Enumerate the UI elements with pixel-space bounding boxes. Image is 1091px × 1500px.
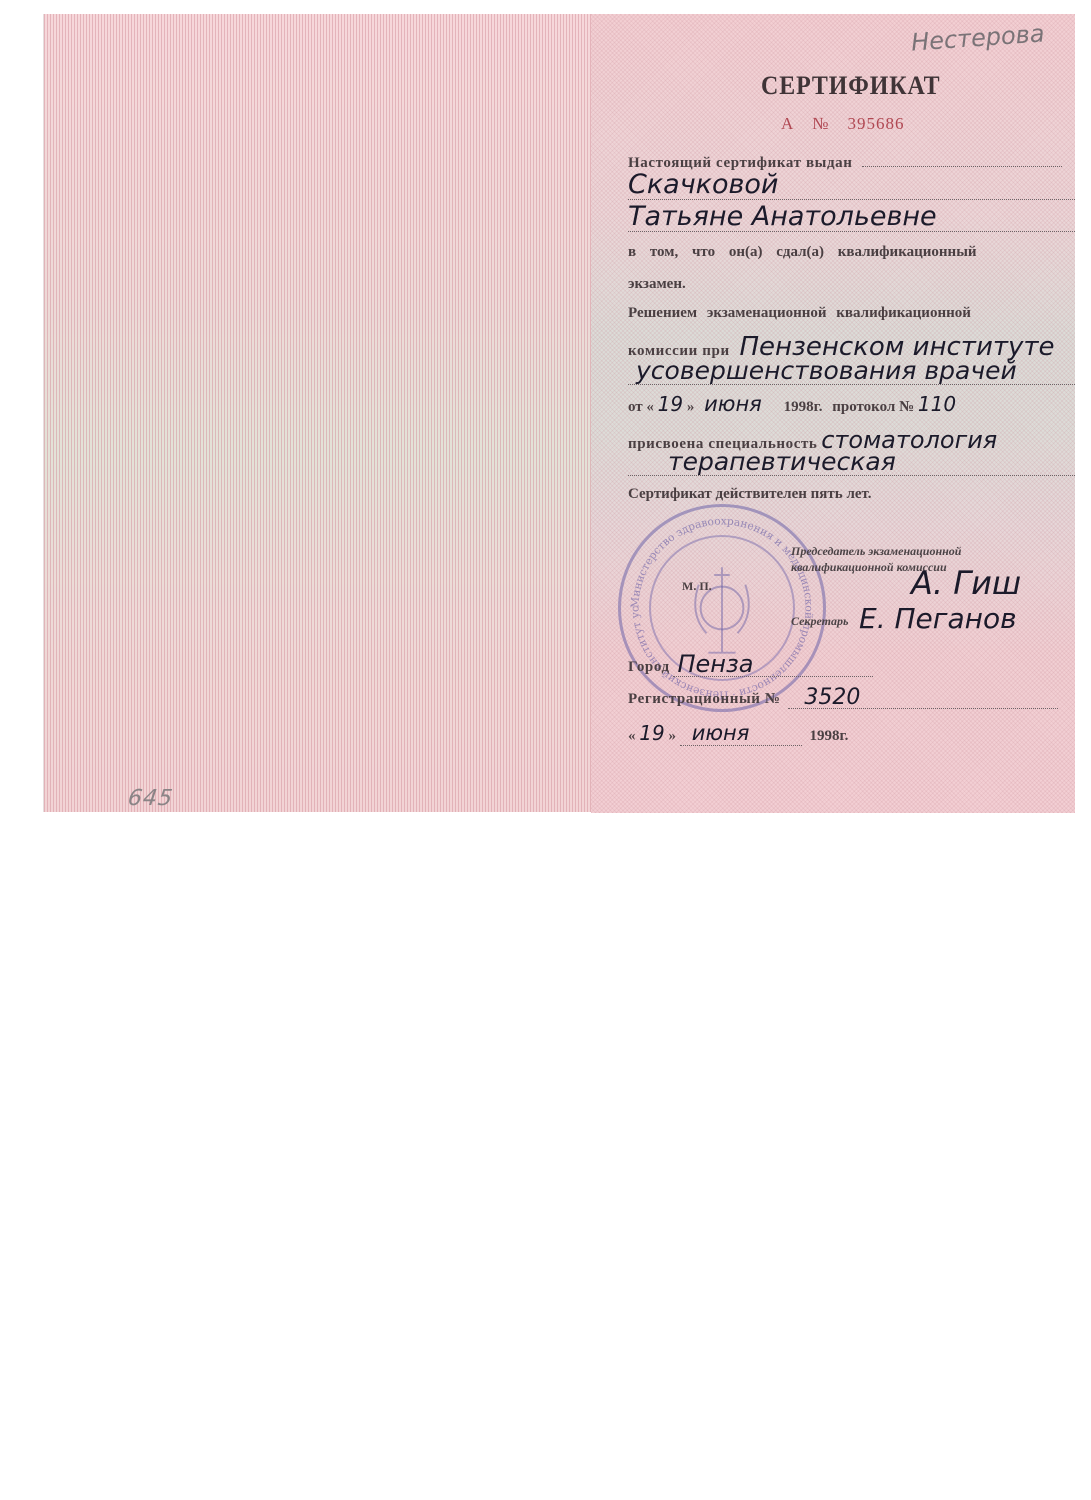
passed-text: в том, что он(а) сдал(а) квалификационны… xyxy=(628,244,1075,261)
certificate-number: 395686 xyxy=(848,114,905,133)
chairman-signature: А. Гиш xyxy=(911,564,1021,602)
certificate-serial: А№395686 xyxy=(781,114,923,134)
certificate-right-page: Нестерова СЕРТИФИКАТ А№395686 Настоящий … xyxy=(591,14,1075,813)
institution-line-2: усовершенствования врачей xyxy=(636,356,1017,385)
number-sign: № xyxy=(812,114,829,133)
issue-open-quote: « xyxy=(628,728,636,744)
city-row: Город Пенза xyxy=(628,659,1075,677)
recipient-surname: Скачковой xyxy=(628,169,778,200)
seal-label: М. П. xyxy=(682,579,712,594)
registration-label: Регистрационный № xyxy=(628,691,781,707)
city-value: Пенза xyxy=(677,650,753,678)
chairman-label-1: Председатель экзаменационной xyxy=(791,544,961,559)
name-line: Татьяне Анатольевне xyxy=(628,204,1075,234)
secretary-signature: Е. Пеганов xyxy=(859,602,1017,635)
issue-year: 1998 xyxy=(809,728,839,744)
series-letter: А xyxy=(781,114,794,133)
issue-month: июня xyxy=(680,721,802,746)
decision-text: Решением экзаменационной квалификационно… xyxy=(628,305,1075,322)
official-seal: Министерство здравоохранения и медицинск… xyxy=(618,504,826,712)
city-label: Город xyxy=(628,659,670,675)
registration-row: Регистрационный № 3520 xyxy=(628,691,1075,709)
date-protocol-row: от « 19 » июня 1998г. протокол № 110 xyxy=(628,392,1075,416)
issue-year-suffix: г. xyxy=(839,728,848,744)
issue-close-quote: » xyxy=(668,728,676,744)
validity-text: Сертификат действителен пять лет. xyxy=(628,486,1075,503)
surname-line: Скачковой xyxy=(628,172,1075,202)
date-month: июня xyxy=(704,392,762,416)
archive-number: 645 xyxy=(126,786,175,811)
certificate-left-page: 645 xyxy=(44,14,591,812)
exam-text: экзамен. xyxy=(628,276,1075,293)
registration-number: 3520 xyxy=(804,685,860,710)
date-day: 19 xyxy=(658,392,683,416)
issue-date-row: « 19 » июня 1998г. xyxy=(628,721,1075,746)
protocol-number: 110 xyxy=(918,392,956,416)
specialty-line: терапевтическая xyxy=(628,448,1075,478)
institution-line: усовершенствования врачей xyxy=(628,357,1075,387)
certificate-title: СЕРТИФИКАТ xyxy=(761,71,941,101)
issue-day: 19 xyxy=(639,721,664,745)
seal-emblem-icon: Министерство здравоохранения и медицинск… xyxy=(621,507,823,709)
date-prefix: от « xyxy=(628,399,654,415)
recipient-name: Татьяне Анатольевне xyxy=(628,201,937,232)
secretary-label: Секретарь xyxy=(791,614,848,629)
specialty-line-2: терапевтическая xyxy=(668,447,896,476)
date-year: 1998 xyxy=(784,399,814,415)
protocol-label: протокол № xyxy=(832,399,914,415)
corner-handwritten-name: Нестерова xyxy=(910,19,1045,56)
date-year-suffix: г. xyxy=(814,399,823,415)
date-quote-close: » xyxy=(687,399,695,415)
